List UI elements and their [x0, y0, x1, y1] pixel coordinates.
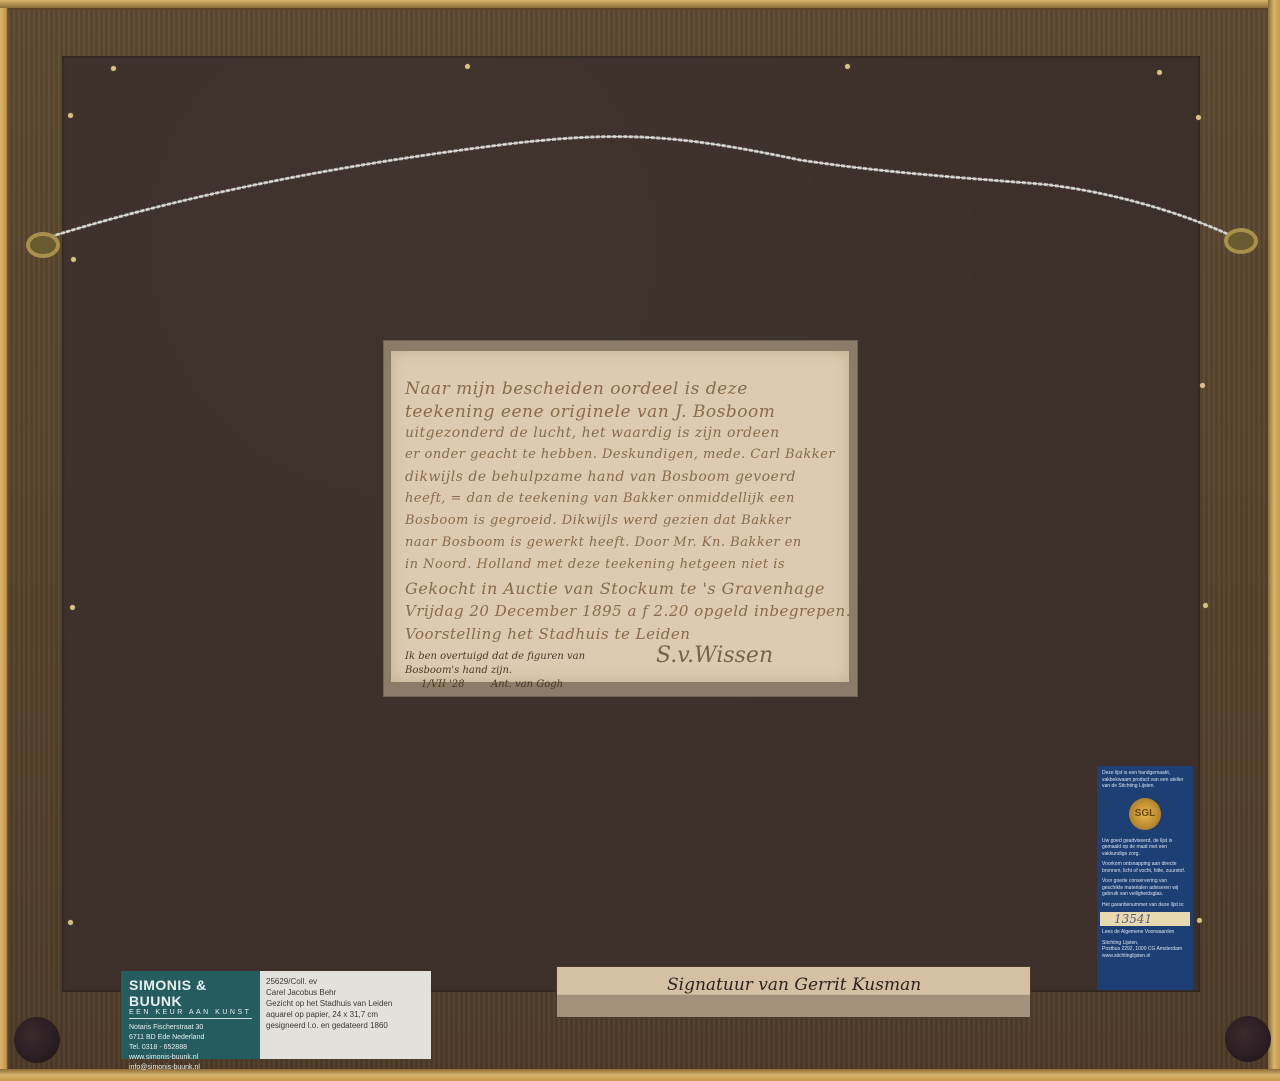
sticker-footer: Postbus 2292, 1000 CG Amsterdam — [1102, 946, 1188, 953]
bumper-foot-left-icon — [14, 1017, 60, 1063]
sticker-footer: www.stichtinglijsten.nl — [1102, 953, 1188, 960]
gallery-website: www.simonis-buunk.nl — [129, 1053, 252, 1063]
note-date: 1/VII '28 — [421, 679, 465, 690]
artwork-info-panel: 25629/Coll. ev Carel Jacobus Behr Gezich… — [260, 971, 431, 1059]
letter-paper: Naar mijn bescheiden oordeel is deze tee… — [391, 351, 849, 682]
note-line: Bosboom's hand zijn. — [405, 665, 512, 676]
letter-line: teekening eene originele van J. Bosboom — [405, 402, 775, 422]
artwork-title: Gezicht op het Stadhuis van Leiden — [266, 998, 425, 1009]
gallery-label: SIMONIS & BUUNK EEN KEUR AAN KUNST Notar… — [121, 971, 431, 1059]
letter-line: dikwijls de behulpzame hand van Bosboom … — [405, 469, 796, 485]
letter-line: naar Bosboom is gewerkt heeft. Door Mr. … — [405, 535, 802, 550]
letter-line: er onder geacht te hebben. Deskundigen, … — [405, 447, 835, 462]
wire-hook-left-icon — [26, 232, 60, 258]
frame-guarantee-sticker: Deze lijst is een handgemaakt, vakbekwaa… — [1097, 766, 1193, 990]
sticker-intro: Deze lijst is een handgemaakt, vakbekwaa… — [1102, 770, 1188, 790]
note-signature: Ant. van Gogh — [491, 679, 563, 690]
artwork-inventory: 25629/Coll. ev — [266, 976, 425, 987]
sticker-paragraph: Uw goed geadviseerd, de lijst is gemaakt… — [1102, 838, 1188, 858]
artwork-medium: aquarel op papier, 24 x 31,7 cm — [266, 1009, 425, 1020]
signature-strip-label: Signatuur van Gerrit Kusman — [556, 966, 1031, 1018]
artwork-artist: Carel Jacobus Behr — [266, 987, 425, 998]
sticker-footer: Lees de Algemene Voorwaarden — [1102, 929, 1188, 936]
wire-hook-right-icon — [1224, 228, 1258, 254]
letter-line: Voorstelling het Stadhuis te Leiden — [405, 625, 690, 643]
sticker-paragraph: Voor goede conservering van geschikte ma… — [1102, 878, 1188, 898]
letter-line: Bosboom is gegroeid. Dikwijls werd gezie… — [405, 513, 791, 528]
artwork-signed: gesigneerd l.o. en gedateerd 1860 — [266, 1020, 425, 1031]
provenance-letter: Naar mijn bescheiden oordeel is deze tee… — [383, 340, 858, 697]
bumper-foot-right-icon — [1225, 1016, 1271, 1062]
gallery-email: info@simonis-buunk.nl — [129, 1063, 252, 1073]
letter-line: Vrijdag 20 December 1895 a f 2.20 opgeld… — [405, 602, 851, 620]
gallery-tagline: EEN KEUR AAN KUNST — [129, 1009, 252, 1019]
gallery-phone: Tel. 0318 - 652888 — [129, 1043, 252, 1053]
gallery-brand: SIMONIS & BUUNK — [129, 977, 252, 1009]
letter-signature: S.v.Wissen — [656, 643, 773, 668]
sticker-number: 13541 — [1100, 912, 1190, 926]
sticker-paragraph: Voorkom ontsnapping aan directe bronnen,… — [1102, 861, 1188, 874]
letter-line: in Noord. Holland met deze teekening het… — [405, 557, 785, 572]
note-line: Ik ben overtuigd dat de figuren van — [405, 651, 585, 662]
letter-line: uitgezonderd de lucht, het waardig is zi… — [405, 425, 780, 441]
letter-line: Gekocht in Auctie van Stockum te 's Grav… — [405, 579, 825, 598]
letter-line: heeft, = dan de teekening van Bakker onm… — [405, 491, 795, 506]
gallery-address-line: 6711 BD Ede Nederland — [129, 1033, 252, 1043]
strip-text: Signatuur van Gerrit Kusman — [667, 975, 921, 995]
letter-line: Naar mijn bescheiden oordeel is deze — [405, 379, 748, 399]
gallery-brand-panel: SIMONIS & BUUNK EEN KEUR AAN KUNST Notar… — [121, 971, 260, 1059]
sgl-emblem-icon: SGL — [1129, 798, 1161, 830]
gallery-address-line: Notaris Fischerstraat 30 — [129, 1023, 252, 1033]
sticker-number-label: Het garantienummer van deze lijst is: — [1102, 902, 1188, 909]
